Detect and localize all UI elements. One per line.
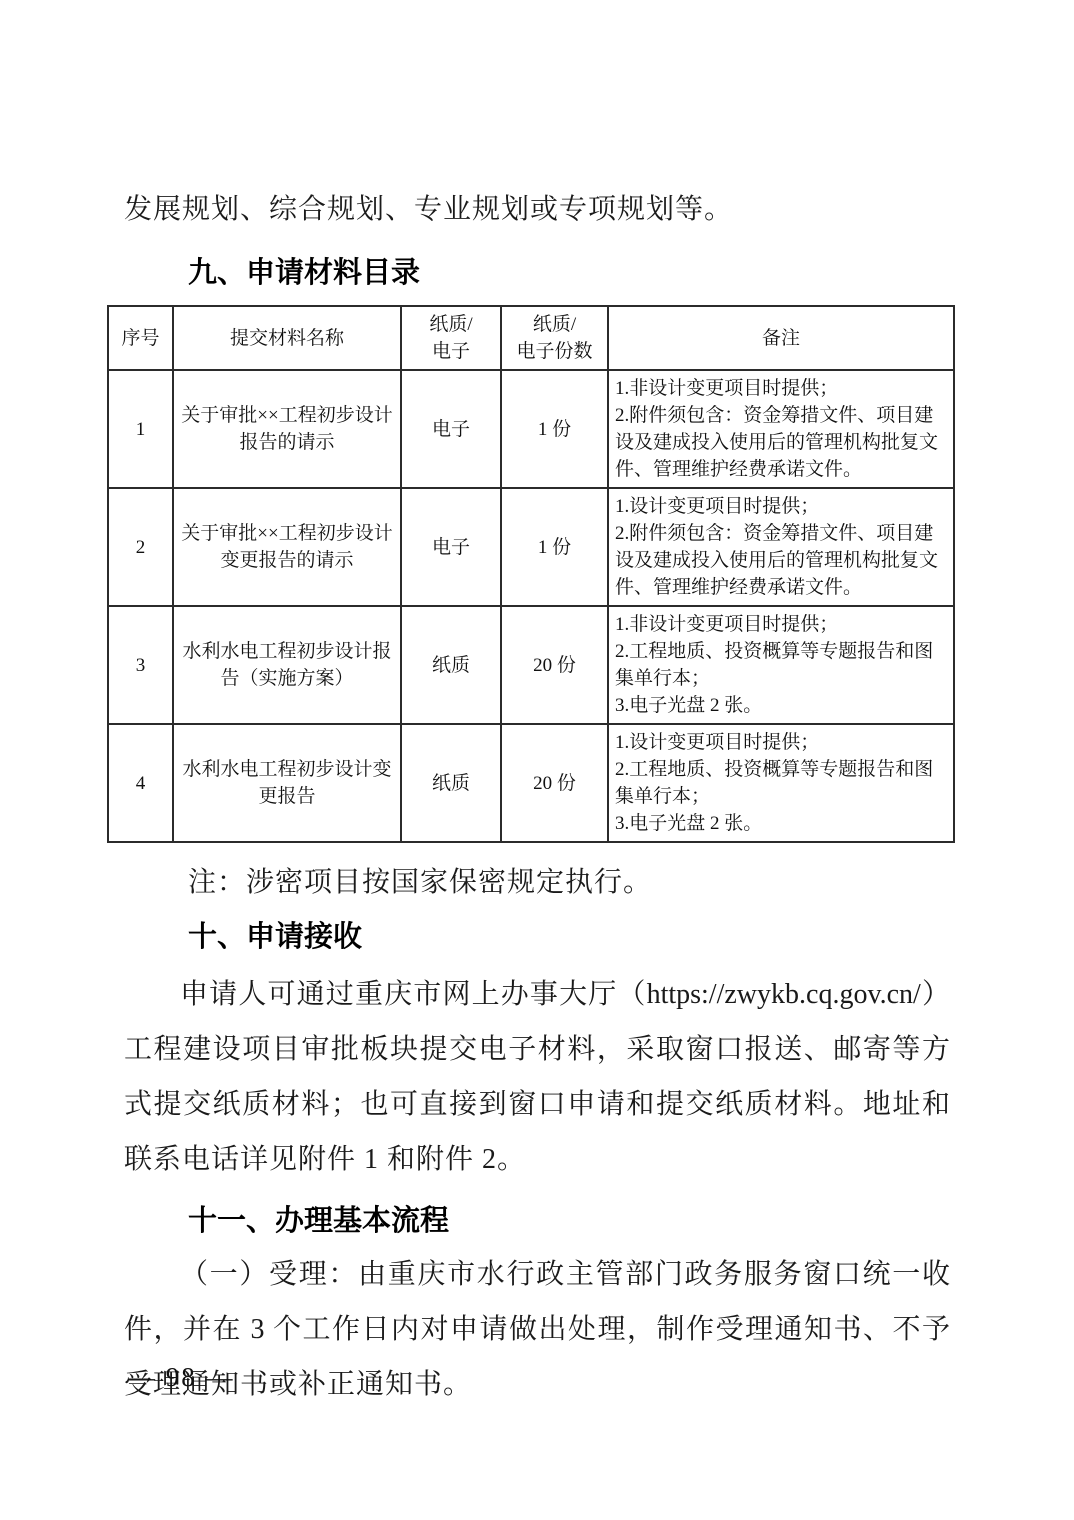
- paragraph-line: 式提交纸质材料；也可直接到窗口申请和提交纸质材料。地址和: [124, 1077, 950, 1132]
- header-material-name: 提交材料名称: [173, 306, 401, 370]
- header-copies: 纸质/ 电子份数: [501, 306, 608, 370]
- section10-heading: 十、申请接收: [188, 917, 950, 957]
- row-medium: 纸质: [401, 724, 501, 842]
- paragraph-line: 联系电话详见附件 1 和附件 2。: [124, 1132, 950, 1187]
- row-seq: 4: [108, 724, 173, 842]
- row-material-name: 关于审批××工程初步设计 变更报告的请示: [173, 488, 401, 606]
- row-material-name: 水利水电工程初步设计变 更报告: [173, 724, 401, 842]
- table-row: 2 关于审批××工程初步设计 变更报告的请示 电子 1 份 1.设计变更项目时提…: [108, 488, 954, 606]
- row-remark: 1.非设计变更项目时提供； 2.工程地质、投资概算等专题报告和图集单行本； 3.…: [608, 606, 954, 724]
- intro-paragraph-line: 发展规划、综合规划、专业规划或专项规划等。: [124, 182, 950, 237]
- row-remark: 1.设计变更项目时提供； 2.工程地质、投资概算等专题报告和图集单行本； 3.电…: [608, 724, 954, 842]
- row-copies: 20 份: [501, 606, 608, 724]
- table-row: 1 关于审批××工程初步设计 报告的请示 电子 1 份 1.非设计变更项目时提供…: [108, 370, 954, 488]
- row-material-name: 关于审批××工程初步设计 报告的请示: [173, 370, 401, 488]
- document-page: 发展规划、综合规划、专业规划或专项规划等。 九、申请材料目录 序号 提交材料名称…: [0, 0, 1074, 1520]
- header-remark: 备注: [608, 306, 954, 370]
- row-seq: 1: [108, 370, 173, 488]
- table-header-row: 序号 提交材料名称 纸质/ 电子 纸质/ 电子份数 备注: [108, 306, 954, 370]
- row-copies: 20 份: [501, 724, 608, 842]
- section11-heading: 十一、办理基本流程: [188, 1201, 950, 1241]
- row-remark: 1.设计变更项目时提供； 2.附件须包含：资金筹措文件、项目建设及建成投入使用后…: [608, 488, 954, 606]
- table-row: 3 水利水电工程初步设计报 告（实施方案） 纸质 20 份 1.非设计变更项目时…: [108, 606, 954, 724]
- header-seq: 序号: [108, 306, 173, 370]
- row-remark: 1.非设计变更项目时提供； 2.附件须包含：资金筹措文件、项目建设及建成投入使用…: [608, 370, 954, 488]
- application-materials-table: 序号 提交材料名称 纸质/ 电子 纸质/ 电子份数 备注 1 关于审批××工程初…: [107, 305, 955, 843]
- table-note: 注：涉密项目按国家保密规定执行。: [188, 863, 950, 903]
- page-number: — 98 —: [128, 1362, 235, 1393]
- section10-paragraph: 申请人可通过重庆市网上办事大厅（https://zwykb.cq.gov.cn/…: [124, 967, 950, 1187]
- paragraph-line: 工程建设项目审批板块提交电子材料，采取窗口报送、邮寄等方: [124, 1022, 950, 1077]
- table-row: 4 水利水电工程初步设计变 更报告 纸质 20 份 1.设计变更项目时提供； 2…: [108, 724, 954, 842]
- row-medium: 纸质: [401, 606, 501, 724]
- row-material-name: 水利水电工程初步设计报 告（实施方案）: [173, 606, 401, 724]
- section11-paragraph: （一）受理：由重庆市水行政主管部门政务服务窗口统一收 件，并在 3 个工作日内对…: [124, 1247, 950, 1412]
- section9-heading: 九、申请材料目录: [188, 253, 950, 293]
- paragraph-line: 申请人可通过重庆市网上办事大厅（https://zwykb.cq.gov.cn/…: [124, 967, 950, 1022]
- paragraph-line: 受理通知书或补正通知书。: [124, 1357, 950, 1412]
- row-copies: 1 份: [501, 370, 608, 488]
- row-medium: 电子: [401, 488, 501, 606]
- row-copies: 1 份: [501, 488, 608, 606]
- paragraph-line: （一）受理：由重庆市水行政主管部门政务服务窗口统一收: [124, 1247, 950, 1302]
- header-medium: 纸质/ 电子: [401, 306, 501, 370]
- paragraph-line: 件，并在 3 个工作日内对申请做出处理，制作受理通知书、不予: [124, 1302, 950, 1357]
- row-seq: 2: [108, 488, 173, 606]
- row-seq: 3: [108, 606, 173, 724]
- row-medium: 电子: [401, 370, 501, 488]
